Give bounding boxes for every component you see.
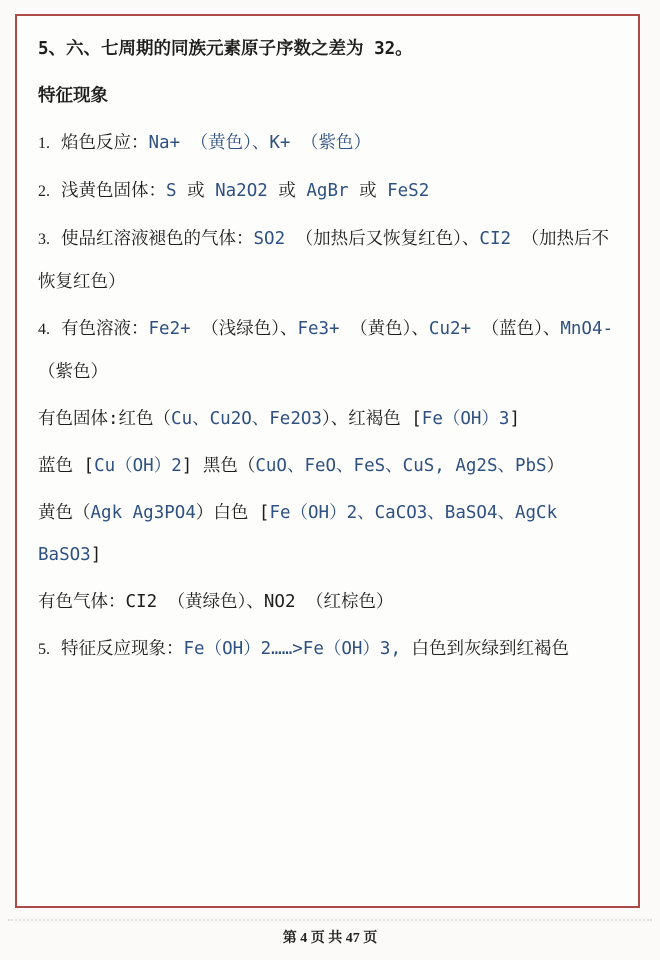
text-segment: 有色气体：CI2 （黄绿色）、NO2 （红棕色） xyxy=(38,592,394,612)
text-segment: ] xyxy=(91,545,102,565)
text-segment: SO2 xyxy=(254,229,286,249)
list-item-2: 2.浅黄色固体：S 或 Na2O2 或 AgBr 或 FeS2 xyxy=(38,170,620,213)
text-segment: 黄色（ xyxy=(38,503,91,523)
intro-line: 5、六、七周期的同族元素原子序数之差为 32。 xyxy=(38,28,620,70)
text-segment: CuO、FeO、FeS、CuS, Ag2S、PbS xyxy=(255,456,546,476)
list-item-5: 5.特征反应现象：Fe（OH）2……>Fe（OH）3, 白色到灰绿到红褐色 xyxy=(38,628,620,671)
blue-black-solids-line: 蓝色 [Cu（OH）2] 黑色（CuO、FeO、FeS、CuS, Ag2S、Pb… xyxy=(38,445,620,487)
item-number: 2. xyxy=(38,183,61,200)
text-segment: （加热后又恢复红色）、 xyxy=(285,229,479,249)
text-segment: FeS2 xyxy=(377,181,430,201)
text-segment: 使品红溶液褪色的气体： xyxy=(61,229,254,249)
text-segment: MnO4- xyxy=(560,319,613,339)
item-number: 3. xyxy=(38,231,61,248)
text-segment: 蓝色 [ xyxy=(38,456,94,476)
text-segment: Cu、Cu2O、Fe2O3 xyxy=(171,409,322,429)
text-segment: Fe（OH）2……>Fe（OH）3, xyxy=(184,639,402,659)
list-item-4: 4.有色溶液：Fe2+ （浅绿色）、Fe3+ （黄色）、Cu2+ （蓝色）、Mn… xyxy=(38,308,620,393)
text-segment: 白色到灰绿到红褐色 xyxy=(401,639,569,659)
page-edge-dashed-line xyxy=(8,919,652,921)
document-page: 5、六、七周期的同族元素原子序数之差为 32。 特征现象 1.焰色反应：Na+ … xyxy=(15,14,640,908)
text-segment: Na+ （黄色）、K+ （紫色） xyxy=(149,133,372,153)
text-segment: Na2O2 xyxy=(205,181,279,201)
text-segment: Cu2+ xyxy=(429,319,471,339)
text-segment: 特征反应现象： xyxy=(61,639,184,659)
text-segment: Fe3+ xyxy=(297,319,339,339)
item-number: 5. xyxy=(38,641,61,658)
text-segment: （黄色）、 xyxy=(340,319,429,339)
section-heading-text: 特征现象 xyxy=(38,86,108,106)
text-segment: 或 xyxy=(187,181,205,201)
text-segment: AgBr xyxy=(296,181,359,201)
text-segment: ）白色 [ xyxy=(196,503,270,523)
page-footer: 第 4 页 共 47 页 xyxy=(0,927,660,947)
text-segment: 浅黄色固体： xyxy=(61,181,166,201)
text-segment: 或 xyxy=(359,181,377,201)
text-segment: ） xyxy=(547,456,565,476)
item-number: 1. xyxy=(38,135,61,152)
text-segment: Fe（OH）3 xyxy=(422,409,510,429)
yellow-white-solids-line: 黄色（Agk Ag3PO4）白色 [Fe（OH）2、CaCO3、BaSO4、Ag… xyxy=(38,492,620,576)
item-number: 4. xyxy=(38,321,61,338)
text-segment: ] 黑色（ xyxy=(182,456,256,476)
text-segment: Cu（OH）2 xyxy=(94,456,182,476)
text-segment: Fe2+ xyxy=(149,319,191,339)
text-segment: ] xyxy=(509,409,520,429)
text-segment: 有色固体:红色（ xyxy=(38,409,171,429)
text-segment: （紫色） xyxy=(38,362,108,382)
text-segment: Agk Ag3PO4 xyxy=(91,503,196,523)
page-number-text: 第 4 页 共 47 页 xyxy=(283,931,378,946)
section-heading: 特征现象 xyxy=(38,75,620,117)
text-segment: S xyxy=(166,181,187,201)
text-segment: ）、红褐色 [ xyxy=(322,409,422,429)
text-segment: （蓝色）、 xyxy=(471,319,560,339)
text-segment: CI2 xyxy=(479,229,511,249)
text-segment: 有色溶液： xyxy=(61,319,149,339)
text-segment: 焰色反应： xyxy=(61,133,149,153)
intro-text: 5、六、七周期的同族元素原子序数之差为 32。 xyxy=(38,39,413,59)
list-item-3: 3.使品红溶液褪色的气体：SO2 （加热后又恢复红色）、CI2 （加热后不恢复红… xyxy=(38,218,620,303)
text-segment: （浅绿色）、 xyxy=(191,319,298,339)
list-item-1: 1.焰色反应：Na+ （黄色）、K+ （紫色） xyxy=(38,122,620,165)
colored-solids-line: 有色固体:红色（Cu、Cu2O、Fe2O3）、红褐色 [Fe（OH）3] xyxy=(38,398,620,440)
colored-gases-line: 有色气体：CI2 （黄绿色）、NO2 （红棕色） xyxy=(38,581,620,623)
text-segment: 或 xyxy=(278,181,296,201)
